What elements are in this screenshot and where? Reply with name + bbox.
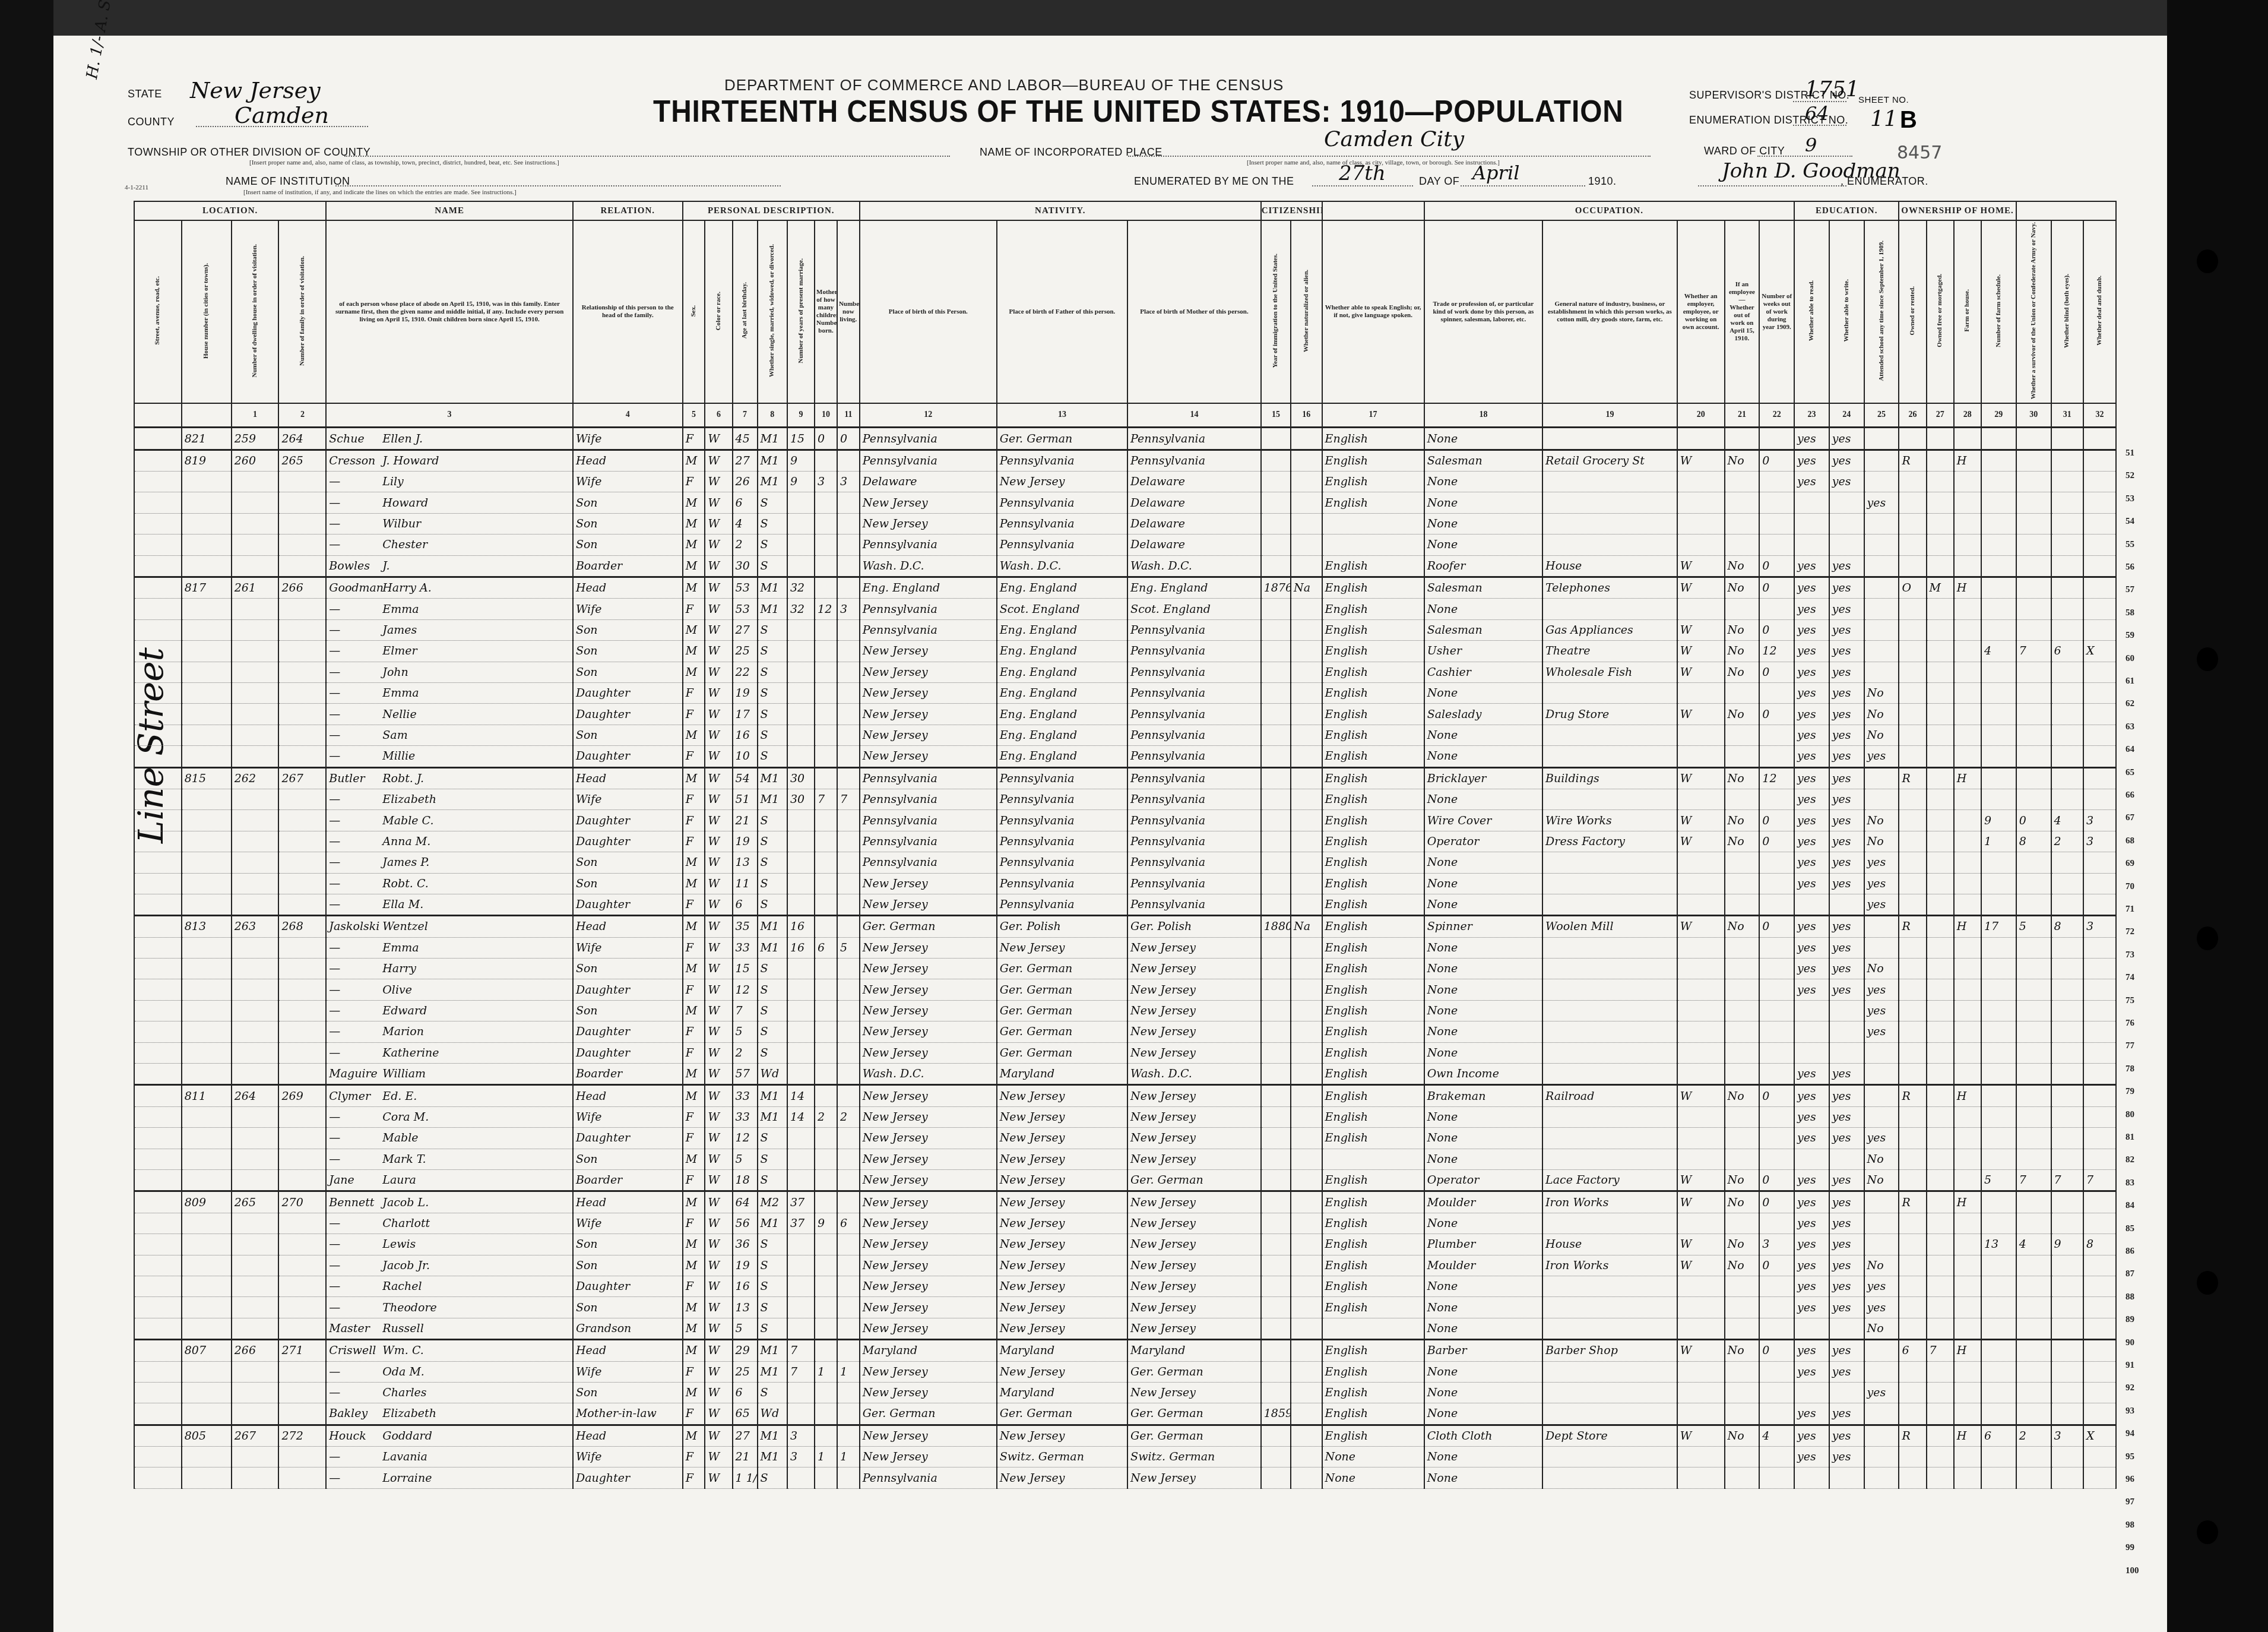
- cell-lang: English: [1322, 1000, 1424, 1021]
- cell-age: 65: [733, 1403, 758, 1425]
- cell-sched: [1981, 789, 2016, 809]
- cell-c31: [2051, 513, 2084, 534]
- cell-mort: [1927, 1382, 1954, 1403]
- surname: —: [329, 1280, 382, 1293]
- cell-read: yes: [1794, 1064, 1829, 1085]
- cell-write: yes: [1829, 683, 1864, 704]
- cell-living: 0: [837, 428, 860, 450]
- cell-write: yes: [1829, 428, 1864, 450]
- cell-race: W: [705, 1106, 732, 1127]
- cell-house: [182, 1000, 232, 1021]
- surname: Bowles: [329, 559, 382, 573]
- cell-yrs: 7: [787, 1340, 815, 1361]
- cell-c32: 3: [2083, 831, 2116, 852]
- cell-street: [134, 1425, 182, 1446]
- cell-sched: [1981, 1276, 2016, 1296]
- cell-sex: F: [683, 1021, 705, 1042]
- cell-c32: [2083, 937, 2116, 958]
- cell-fh: [1954, 810, 1981, 831]
- column-number: 10: [815, 403, 837, 428]
- cell-age: 25: [733, 641, 758, 662]
- cell-mpob: New Jersey: [1127, 1382, 1261, 1403]
- table-row: 809265270BennettJacob L.HeadMW64M237New …: [134, 1191, 2116, 1213]
- given-name: Charles: [382, 1386, 426, 1399]
- line-number: 93: [2126, 1406, 2134, 1416]
- line-number: 86: [2126, 1247, 2134, 1257]
- line-number: 80: [2126, 1110, 2134, 1120]
- cell-race: W: [705, 1042, 732, 1063]
- given-name: Laura: [382, 1174, 416, 1187]
- cell-race: W: [705, 1000, 732, 1021]
- cell-emp: [1677, 1042, 1725, 1063]
- cell-mpob: New Jersey: [1127, 1255, 1261, 1276]
- cell-ind: [1542, 1447, 1677, 1467]
- cell-name: —Lewis: [326, 1234, 573, 1255]
- cell-living: [837, 492, 860, 513]
- enumerated-label: ENUMERATED BY ME ON THE: [1134, 175, 1294, 188]
- cell-sch: yes: [1864, 1276, 1899, 1296]
- cell-name: —Millie: [326, 746, 573, 767]
- cell-fpob: Pennsylvania: [997, 450, 1127, 471]
- column-header: Place of birth of Father of this person.: [997, 220, 1127, 403]
- cell-living: [837, 979, 860, 1000]
- cell-rel: Son: [573, 1297, 683, 1318]
- cell-living: [837, 1128, 860, 1149]
- cell-oow: No: [1725, 1191, 1760, 1213]
- cell-emp: [1677, 1361, 1725, 1382]
- cell-nat: [1291, 725, 1322, 745]
- cell-imm: [1261, 662, 1291, 682]
- cell-street: [134, 704, 182, 725]
- cell-mort: [1927, 1064, 1954, 1085]
- cell-race: W: [705, 852, 732, 873]
- cell-read: yes: [1794, 1340, 1829, 1361]
- cell-sched: [1981, 1467, 2016, 1488]
- supervisor-district-value: 1751: [1805, 77, 1860, 102]
- cell-street: [134, 599, 182, 619]
- cell-own: [1899, 746, 1926, 767]
- cell-wks: [1759, 852, 1794, 873]
- column-header: Whether a survivor of the Union or Confe…: [2016, 220, 2051, 403]
- cell-fam: [278, 1276, 326, 1296]
- column-number: 9: [787, 403, 815, 428]
- column-header: Whether able to write.: [1829, 220, 1864, 403]
- cell-dw: [232, 662, 279, 682]
- cell-dw: [232, 1128, 279, 1149]
- cell-name: —Mable: [326, 1128, 573, 1149]
- cell-mort: [1927, 1425, 1954, 1446]
- cell-born: [815, 704, 837, 725]
- cell-born: [815, 555, 837, 577]
- cell-wks: [1759, 894, 1794, 915]
- cell-trade: None: [1424, 683, 1542, 704]
- cell-dw: [232, 979, 279, 1000]
- cell-sch: yes: [1864, 873, 1899, 894]
- cell-race: W: [705, 894, 732, 915]
- cell-wks: [1759, 1106, 1794, 1127]
- cell-c31: [2051, 1042, 2084, 1063]
- cell-age: 45: [733, 428, 758, 450]
- cell-imm: [1261, 1447, 1291, 1467]
- cell-race: W: [705, 767, 732, 789]
- cell-c32: [2083, 959, 2116, 979]
- line-number: 55: [2126, 540, 2134, 550]
- surname: —: [329, 1301, 382, 1314]
- cell-c31: [2051, 1276, 2084, 1296]
- column-header: Whether single, married, widowed, or div…: [758, 220, 787, 403]
- cell-ind: Iron Works: [1542, 1191, 1677, 1213]
- cell-read: [1794, 513, 1829, 534]
- cell-yrs: 15: [787, 428, 815, 450]
- cell-read: [1794, 1021, 1829, 1042]
- cell-yrs: [787, 1149, 815, 1169]
- cell-fam: [278, 1106, 326, 1127]
- surname: Cresson: [329, 454, 382, 467]
- cell-sex: M: [683, 1318, 705, 1339]
- cell-fam: [278, 472, 326, 492]
- cell-sched: [1981, 1021, 2016, 1042]
- cell-fam: [278, 683, 326, 704]
- cell-c32: 7: [2083, 1169, 2116, 1191]
- cell-mort: [1927, 492, 1954, 513]
- cell-c30: [2016, 1149, 2051, 1169]
- cell-write: yes: [1829, 1106, 1864, 1127]
- cell-street: [134, 1000, 182, 1021]
- cell-fh: H: [1954, 450, 1981, 471]
- table-row: —EdwardSonMW7SNew JerseyGer. GermanNew J…: [134, 1000, 2116, 1021]
- cell-read: yes: [1794, 704, 1829, 725]
- cell-c31: [2051, 599, 2084, 619]
- cell-nat: [1291, 1021, 1322, 1042]
- cell-yrs: 32: [787, 599, 815, 619]
- cell-read: yes: [1794, 1425, 1829, 1446]
- cell-own: [1899, 1467, 1926, 1488]
- cell-street: [134, 1042, 182, 1063]
- cell-name: BakleyElizabeth: [326, 1403, 573, 1425]
- cell-race: W: [705, 1149, 732, 1169]
- cell-mort: [1927, 789, 1954, 809]
- cell-own: [1899, 894, 1926, 915]
- cell-dw: [232, 1169, 279, 1191]
- cell-read: yes: [1794, 662, 1829, 682]
- cell-own: [1899, 1169, 1926, 1191]
- cell-sex: M: [683, 1149, 705, 1169]
- cell-house: 817: [182, 577, 232, 599]
- cell-write: yes: [1829, 450, 1864, 471]
- surname: Schue: [329, 432, 382, 445]
- cell-write: yes: [1829, 1403, 1864, 1425]
- cell-yrs: 7: [787, 1361, 815, 1382]
- cell-write: [1829, 513, 1864, 534]
- cell-imm: [1261, 767, 1291, 789]
- cell-imm: [1261, 1425, 1291, 1446]
- cell-fam: [278, 725, 326, 745]
- cell-born: [815, 1085, 837, 1106]
- column-number: 23: [1794, 403, 1829, 428]
- cell-nat: [1291, 937, 1322, 958]
- cell-sch: [1864, 555, 1899, 577]
- given-name: Marion: [382, 1025, 424, 1038]
- cell-fam: [278, 599, 326, 619]
- cell-mpob: New Jersey: [1127, 1000, 1261, 1021]
- cell-emp: W: [1677, 450, 1725, 471]
- cell-ms: S: [758, 1382, 787, 1403]
- column-number: 22: [1759, 403, 1794, 428]
- given-name: Ed. E.: [382, 1090, 417, 1103]
- cell-emp: [1677, 873, 1725, 894]
- cell-fam: [278, 1318, 326, 1339]
- given-name: Ella M.: [382, 898, 423, 911]
- cell-nat: [1291, 1318, 1322, 1339]
- cell-ind: [1542, 873, 1677, 894]
- book-binding: [0, 0, 53, 1632]
- cell-wks: 0: [1759, 450, 1794, 471]
- cell-born: [815, 1425, 837, 1446]
- cell-c30: [2016, 725, 2051, 745]
- cell-yrs: [787, 725, 815, 745]
- cell-mort: [1927, 472, 1954, 492]
- cell-read: yes: [1794, 937, 1829, 958]
- cell-house: [182, 1297, 232, 1318]
- cell-name: BennettJacob L.: [326, 1191, 573, 1213]
- cell-sex: F: [683, 1042, 705, 1063]
- cell-oow: No: [1725, 1085, 1760, 1106]
- cell-c30: [2016, 1255, 2051, 1276]
- cell-mpob: Pennsylvania: [1127, 683, 1261, 704]
- cell-imm: [1261, 1276, 1291, 1296]
- cell-sched: [1981, 683, 2016, 704]
- cell-c32: X: [2083, 641, 2116, 662]
- column-number: 21: [1725, 403, 1760, 428]
- cell-lang: English: [1322, 641, 1424, 662]
- table-row: —Robt. C.SonMW11SNew JerseyPennsylvaniaP…: [134, 873, 2116, 894]
- cell-fh: [1954, 1382, 1981, 1403]
- cell-oow: No: [1725, 1340, 1760, 1361]
- cell-own: [1899, 513, 1926, 534]
- cell-fpob: Maryland: [997, 1064, 1127, 1085]
- cell-mort: [1927, 662, 1954, 682]
- cell-dw: [232, 1255, 279, 1276]
- cell-age: 11: [733, 873, 758, 894]
- cell-wks: [1759, 1213, 1794, 1234]
- cell-race: W: [705, 450, 732, 471]
- cell-street: [134, 1234, 182, 1255]
- cell-street: [134, 894, 182, 915]
- cell-living: [837, 852, 860, 873]
- surname: —: [329, 644, 382, 657]
- cell-born: [815, 1340, 837, 1361]
- cell-emp: [1677, 1064, 1725, 1085]
- cell-read: [1794, 492, 1829, 513]
- cell-lang: English: [1322, 810, 1424, 831]
- cell-street: [134, 831, 182, 852]
- cell-write: yes: [1829, 1085, 1864, 1106]
- cell-race: W: [705, 1361, 732, 1382]
- cell-dw: [232, 894, 279, 915]
- cell-name: SchueEllen J.: [326, 428, 573, 450]
- cell-c30: [2016, 492, 2051, 513]
- table-row: —OliveDaughterFW12SNew JerseyGer. German…: [134, 979, 2116, 1000]
- column-number: 27: [1927, 403, 1954, 428]
- cell-write: yes: [1829, 1191, 1864, 1213]
- cell-emp: [1677, 852, 1725, 873]
- enumeration-district-value: 64: [1805, 102, 1829, 125]
- group-location: LOCATION.: [134, 201, 326, 220]
- cell-age: 33: [733, 1085, 758, 1106]
- cell-c32: [2083, 1361, 2116, 1382]
- cell-race: W: [705, 873, 732, 894]
- cell-emp: W: [1677, 767, 1725, 789]
- cell-dw: [232, 1064, 279, 1085]
- cell-age: 2: [733, 1042, 758, 1063]
- line-number: 71: [2126, 904, 2134, 915]
- cell-lang: English: [1322, 767, 1424, 789]
- cell-read: yes: [1794, 916, 1829, 937]
- line-number: 54: [2126, 517, 2134, 527]
- cell-race: W: [705, 472, 732, 492]
- cell-nat: [1291, 894, 1322, 915]
- cell-sched: [1981, 492, 2016, 513]
- cell-imm: [1261, 1340, 1291, 1361]
- cell-own: O: [1899, 577, 1926, 599]
- cell-trade: Roofer: [1424, 555, 1542, 577]
- cell-nat: [1291, 1425, 1322, 1446]
- cell-sex: M: [683, 1382, 705, 1403]
- cell-write: yes: [1829, 810, 1864, 831]
- cell-read: yes: [1794, 1085, 1829, 1106]
- cell-sch: No: [1864, 810, 1899, 831]
- cell-age: 21: [733, 810, 758, 831]
- cell-sched: [1981, 1403, 2016, 1425]
- cell-mort: [1927, 1213, 1954, 1234]
- given-name: John: [382, 666, 408, 679]
- cell-pob: New Jersey: [860, 1255, 997, 1276]
- cell-read: yes: [1794, 767, 1829, 789]
- cell-ind: [1542, 683, 1677, 704]
- cell-lang: English: [1322, 725, 1424, 745]
- cell-c32: [2083, 513, 2116, 534]
- cell-c31: [2051, 683, 2084, 704]
- cell-fpob: Pennsylvania: [997, 873, 1127, 894]
- cell-sch: [1864, 937, 1899, 958]
- cell-nat: [1291, 1255, 1322, 1276]
- line-number: 52: [2126, 471, 2134, 481]
- cell-emp: W: [1677, 704, 1725, 725]
- cell-read: yes: [1794, 1169, 1829, 1191]
- cell-sched: [1981, 1318, 2016, 1339]
- cell-yrs: [787, 1276, 815, 1296]
- cell-oow: [1725, 1467, 1760, 1488]
- line-number: 68: [2126, 836, 2134, 846]
- cell-lang: English: [1322, 662, 1424, 682]
- table-row: —Oda M.WifeFW25M1711New JerseyNew Jersey…: [134, 1361, 2116, 1382]
- cell-age: 25: [733, 1361, 758, 1382]
- cell-nat: [1291, 1128, 1322, 1149]
- cell-sex: F: [683, 428, 705, 450]
- cell-c32: [2083, 1255, 2116, 1276]
- cell-imm: 1876: [1261, 577, 1291, 599]
- cell-ms: M1: [758, 1340, 787, 1361]
- cell-sex: M: [683, 492, 705, 513]
- line-number: 66: [2126, 790, 2134, 801]
- cell-nat: [1291, 1169, 1322, 1191]
- cell-read: yes: [1794, 746, 1829, 767]
- cell-imm: [1261, 472, 1291, 492]
- cell-fam: [278, 1361, 326, 1382]
- cell-c32: [2083, 683, 2116, 704]
- cell-fpob: Eng. England: [997, 725, 1127, 745]
- cell-age: 27: [733, 450, 758, 471]
- cell-age: 1 1/2: [733, 1467, 758, 1488]
- cell-fam: 270: [278, 1191, 326, 1213]
- cell-name: —Theodore: [326, 1297, 573, 1318]
- cell-read: yes: [1794, 852, 1829, 873]
- cell-sched: [1981, 937, 2016, 958]
- surname: Bennett: [329, 1196, 382, 1209]
- cell-sex: F: [683, 1467, 705, 1488]
- cell-age: 22: [733, 662, 758, 682]
- cell-sched: [1981, 1000, 2016, 1021]
- cell-write: yes: [1829, 1255, 1864, 1276]
- cell-living: 7: [837, 789, 860, 809]
- cell-fpob: New Jersey: [997, 1255, 1127, 1276]
- cell-mort: [1927, 746, 1954, 767]
- cell-dw: [232, 937, 279, 958]
- table-row: —James P.SonMW13SPennsylvaniaPennsylvani…: [134, 852, 2116, 873]
- cell-mort: [1927, 894, 1954, 915]
- cell-write: [1829, 534, 1864, 555]
- column-number: 7: [733, 403, 758, 428]
- column-number: 28: [1954, 403, 1981, 428]
- cell-fh: [1954, 959, 1981, 979]
- cell-write: yes: [1829, 641, 1864, 662]
- cell-living: [837, 641, 860, 662]
- cell-c31: [2051, 1255, 2084, 1276]
- surname: —: [329, 962, 382, 975]
- cell-house: [182, 683, 232, 704]
- cell-lang: English: [1322, 1361, 1424, 1382]
- cell-lang: English: [1322, 873, 1424, 894]
- cell-ms: M1: [758, 1425, 787, 1446]
- cell-age: 5: [733, 1021, 758, 1042]
- line-number: 88: [2126, 1292, 2134, 1302]
- cell-wks: 0: [1759, 1340, 1794, 1361]
- cell-oow: No: [1725, 641, 1760, 662]
- cell-born: [815, 619, 837, 640]
- cell-mpob: Pennsylvania: [1127, 450, 1261, 471]
- cell-rel: Daughter: [573, 1467, 683, 1488]
- cell-mpob: Switz. German: [1127, 1447, 1261, 1467]
- cell-name: —Lily: [326, 472, 573, 492]
- surname: —: [329, 496, 382, 510]
- cell-race: W: [705, 428, 732, 450]
- cell-fh: [1954, 662, 1981, 682]
- cell-c30: [2016, 1382, 2051, 1403]
- cell-imm: [1261, 1085, 1291, 1106]
- cell-sched: [1981, 1042, 2016, 1063]
- table-row: —LavaniaWifeFW21M1311New JerseySwitz. Ge…: [134, 1447, 2116, 1467]
- cell-c32: [2083, 1064, 2116, 1085]
- cell-ind: Wholesale Fish: [1542, 662, 1677, 682]
- cell-c31: [2051, 1318, 2084, 1339]
- cell-c30: [2016, 1340, 2051, 1361]
- cell-ms: S: [758, 1128, 787, 1149]
- cell-name: HouckGoddard: [326, 1425, 573, 1446]
- cell-oow: [1725, 1000, 1760, 1021]
- line-number: 60: [2126, 654, 2134, 664]
- surname: —: [329, 1111, 382, 1124]
- given-name: Nellie: [382, 708, 416, 721]
